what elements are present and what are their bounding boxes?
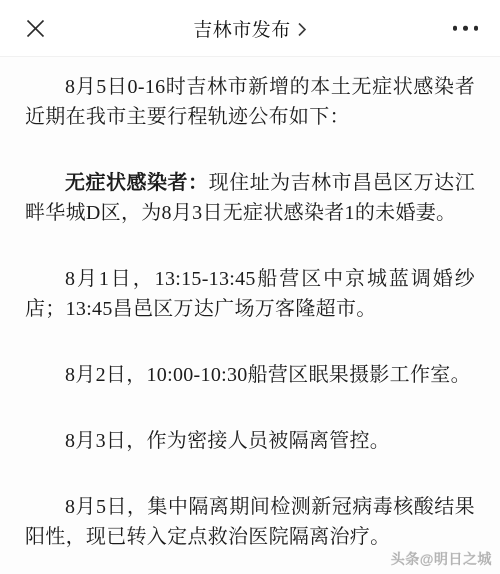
chevron-right-icon — [297, 22, 307, 37]
close-button[interactable] — [24, 17, 46, 39]
more-dots-icon — [474, 26, 479, 31]
more-dots-icon — [453, 26, 458, 31]
account-title-link[interactable]: 吉林市发布 — [193, 15, 307, 42]
paragraph-case-lead: 无症状感染者： — [65, 172, 209, 194]
account-title: 吉林市发布 — [193, 15, 291, 42]
paragraph-aug3: 8月3日，作为密接人员被隔离管控。 — [25, 426, 475, 456]
paragraph-aug5: 8月5日，集中隔离期间检测新冠病毒核酸结果阳性，现已转入定点救治医院隔离治疗。 — [25, 492, 475, 552]
paragraph-intro: 8月5日0-16时吉林市新增的本土无症状感染者近期在我市主要行程轨迹公布如下： — [25, 72, 475, 132]
close-icon — [26, 19, 45, 38]
more-menu-button[interactable] — [451, 22, 481, 35]
article-body: 8月5日0-16时吉林市新增的本土无症状感染者近期在我市主要行程轨迹公布如下： … — [0, 57, 500, 552]
more-dots-icon — [463, 26, 468, 31]
navbar: 吉林市发布 — [0, 0, 500, 57]
paragraph-aug1: 8月1日，13:15-13:45船营区中京城蓝调婚纱店；13:45昌邑区万达广场… — [25, 264, 475, 324]
toutiao-watermark: 头条@明日之城 — [391, 549, 492, 569]
paragraph-aug2: 8月2日，10:00-10:30船营区眠果摄影工作室。 — [25, 360, 475, 390]
paragraph-case-info: 无症状感染者：现住址为吉林市昌邑区万达江畔华城D区，为8月3日无症状感染者1的未… — [25, 168, 475, 228]
